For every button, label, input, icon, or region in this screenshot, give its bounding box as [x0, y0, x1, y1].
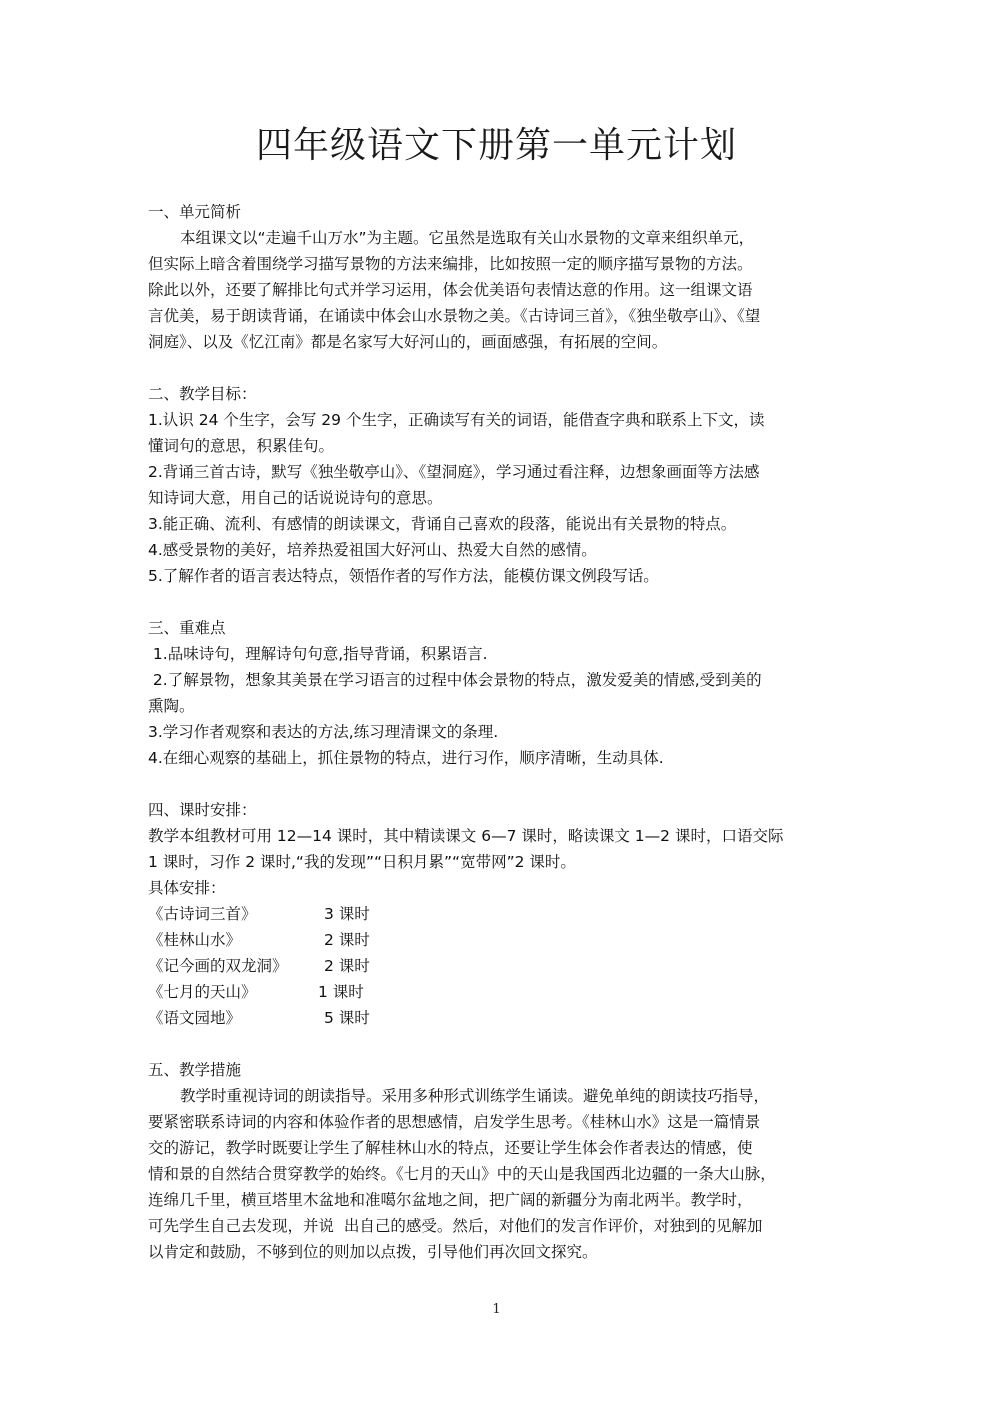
schedule-row: 《语文园地》 5 课时 — [148, 1005, 848, 1031]
goal-item: 懂词句的意思，积累佳句。 — [148, 433, 848, 459]
paragraph-line: 要紧密联系诗词的内容和体验作者的思想感情，启发学生思考。《桂林山水》这是一篇情景 — [148, 1109, 848, 1135]
paragraph-line: 教学时重视诗词的朗读指导。采用多种形式训练学生诵读。避免单纯的朗读技巧指导， — [148, 1083, 848, 1109]
goal-item: 1.认识 24 个生字，会写 29 个生字，正确读写有关的词语，能借查字典和联系… — [148, 407, 848, 433]
paragraph-line: 可先学生自己去发现，并说 出自己的感受。然后，对他们的发言作评价，对独到的见解加 — [148, 1213, 848, 1239]
schedule-row: 《古诗词三首》 3 课时 — [148, 901, 848, 927]
section-unit-analysis: 一、单元简析 本组课文以“走遍千山万水”为主题。它虽然是选取有关山水景物的文章来… — [148, 199, 848, 355]
page-number: 1 — [0, 1302, 993, 1317]
lesson-title: 《语文园地》 — [148, 1005, 241, 1031]
goal-item: 知诗词大意，用自己的话说说诗句的意思。 — [148, 485, 848, 511]
section-heading: 三、重难点 — [148, 615, 848, 641]
paragraph-line: 洞庭》、以及《忆江南》都是名家写大好河山的，画面感强，有拓展的空间。 — [148, 329, 848, 355]
section-heading: 四、课时安排： — [148, 797, 848, 823]
lesson-hours: 5 课时 — [324, 1005, 370, 1031]
section-schedule: 四、课时安排： 教学本组教材可用 12—14 课时，其中精读课文 6—7 课时，… — [148, 797, 848, 1031]
lesson-hours: 3 课时 — [324, 901, 370, 927]
spacer — [148, 771, 848, 797]
paragraph-line: 交的游记，教学时既要让学生了解桂林山水的特点，还要让学生体会作者表达的情感，使 — [148, 1135, 848, 1161]
section-key-points: 三、重难点 1.品味诗句，理解诗句句意,指导背诵，积累语言. 2.了解景物，想象… — [148, 615, 848, 771]
goal-item: 3.能正确、流利、有感情的朗读课文，背诵自己喜欢的段落，能说出有关景物的特点。 — [148, 511, 848, 537]
paragraph-line: 但实际上暗含着围绕学习描写景物的方法来编排，比如按照一定的顺序描写景物的方法。 — [148, 251, 848, 277]
spacer — [148, 1031, 848, 1057]
lesson-title: 《七月的天山》 — [148, 979, 257, 1005]
document-title: 四年级语文下册第一单元计划 — [0, 124, 993, 168]
paragraph-line: 连绵几千里，横亘塔里木盆地和准噶尔盆地之间，把广阔的新疆分为南北两半。教学时， — [148, 1187, 848, 1213]
lesson-hours: 1 课时 — [318, 979, 364, 1005]
key-point-item: 3.学习作者观察和表达的方法,练习理清课文的条理. — [148, 719, 848, 745]
document-body: 一、单元简析 本组课文以“走遍千山万水”为主题。它虽然是选取有关山水景物的文章来… — [148, 199, 848, 1265]
key-point-item: 熏陶。 — [148, 693, 848, 719]
key-point-item: 2.了解景物，想象其美景在学习语言的过程中体会景物的特点，激发爱美的情感,受到美… — [148, 667, 848, 693]
paragraph-line: 教学本组教材可用 12—14 课时，其中精读课文 6—7 课时，略读课文 1—2… — [148, 823, 848, 849]
lesson-title: 《古诗词三首》 — [148, 901, 257, 927]
spacer — [148, 355, 848, 381]
document-page: 四年级语文下册第一单元计划 一、单元简析 本组课文以“走遍千山万水”为主题。它虽… — [0, 0, 993, 1404]
schedule-detail-label: 具体安排： — [148, 875, 848, 901]
schedule-row: 《记今画的双龙洞》 2 课时 — [148, 953, 848, 979]
schedule-row: 《七月的天山》 1 课时 — [148, 979, 848, 1005]
section-teaching-goals: 二、教学目标： 1.认识 24 个生字，会写 29 个生字，正确读写有关的词语，… — [148, 381, 848, 589]
paragraph-line: 言优美，易于朗读背诵，在诵读中体会山水景物之美。《古诗词三首》，《独坐敬亭山》、… — [148, 303, 848, 329]
section-heading: 一、单元简析 — [148, 199, 848, 225]
schedule-row: 《桂林山水》 2 课时 — [148, 927, 848, 953]
section-heading: 五、教学措施 — [148, 1057, 848, 1083]
lesson-title: 《桂林山水》 — [148, 927, 241, 953]
spacer — [148, 589, 848, 615]
paragraph-line: 1 课时，习作 2 课时,“我的发现”“日积月累”“宽带网”2 课时。 — [148, 849, 848, 875]
paragraph-line: 情和景的自然结合贯穿教学的始终。《七月的天山》中的天山是我国西北边疆的一条大山脉… — [148, 1161, 848, 1187]
key-point-item: 4.在细心观察的基础上，抓住景物的特点，进行习作，顺序清晰，生动具体. — [148, 745, 848, 771]
goal-item: 4.感受景物的美好，培养热爱祖国大好河山、热爱大自然的感情。 — [148, 537, 848, 563]
section-heading: 二、教学目标： — [148, 381, 848, 407]
goal-item: 5.了解作者的语言表达特点，领悟作者的写作方法，能模仿课文例段写话。 — [148, 563, 848, 589]
lesson-hours: 2 课时 — [324, 927, 370, 953]
section-teaching-measures: 五、教学措施 教学时重视诗词的朗读指导。采用多种形式训练学生诵读。避免单纯的朗读… — [148, 1057, 848, 1265]
paragraph-line: 以肯定和鼓励，不够到位的则加以点拨，引导他们再次回文探究。 — [148, 1239, 848, 1265]
key-point-item: 1.品味诗句，理解诗句句意,指导背诵，积累语言. — [148, 641, 848, 667]
lesson-hours: 2 课时 — [324, 953, 370, 979]
paragraph-line: 本组课文以“走遍千山万水”为主题。它虽然是选取有关山水景物的文章来组织单元， — [148, 225, 848, 251]
paragraph-line: 除此以外，还要了解排比句式并学习运用，体会优美语句表情达意的作用。这一组课文语 — [148, 277, 848, 303]
goal-item: 2.背诵三首古诗，默写《独坐敬亭山》、《望洞庭》，学习通过看注释，边想象画面等方… — [148, 459, 848, 485]
lesson-title: 《记今画的双龙洞》 — [148, 953, 288, 979]
